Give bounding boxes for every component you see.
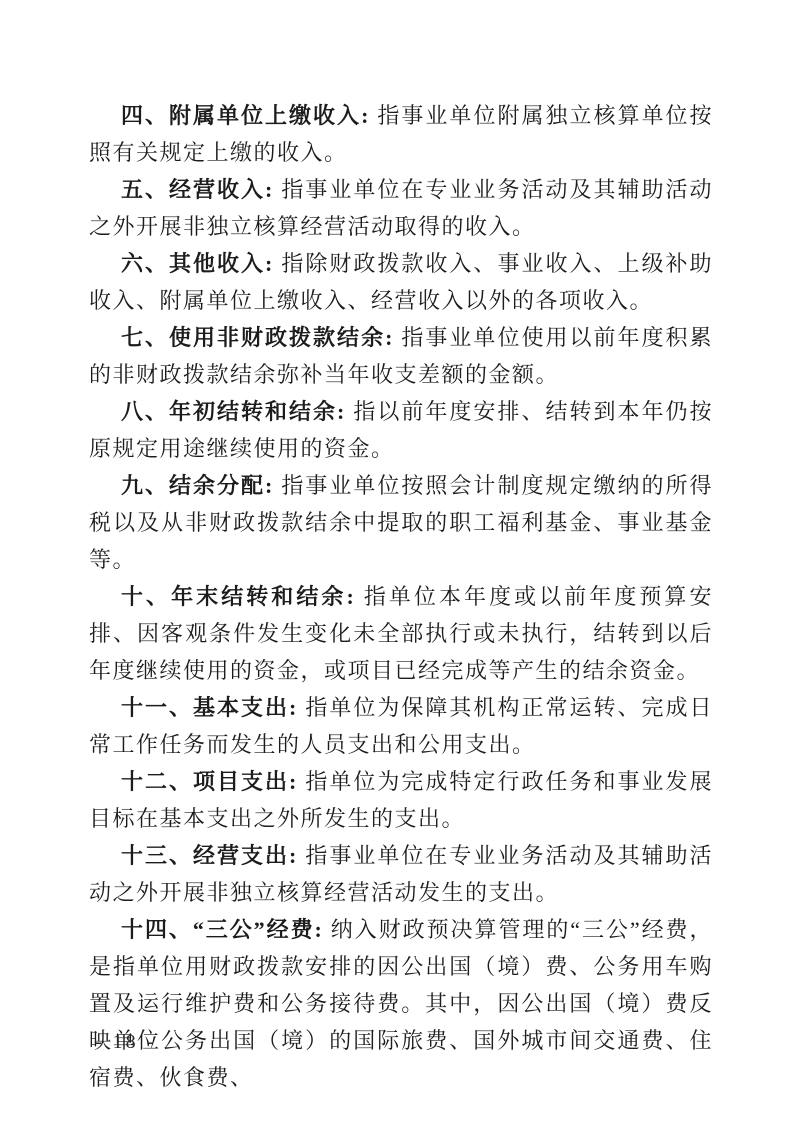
document-page: 四、附属单位上缴收入: 指事业单位附属独立核算单位按照有关规定上缴的收入。 五、… (89, 97, 713, 1096)
term-label: 六、其他收入: (121, 251, 274, 276)
definition-paragraph-surplus-distribution: 九、结余分配: 指事业单位按照会计制度规定缴纳的所得税以及从非财政拨款结余中提取… (89, 467, 713, 578)
definition-paragraph-project-expenditure: 十二、项目支出: 指单位为完成特定行政任务和事业发展目标在基本支出之外所发生的支… (89, 763, 713, 837)
term-label: 八、年初结转和结余: (121, 399, 346, 424)
definition-paragraph-operating-income: 五、经营收入: 指事业单位在专业业务活动及其辅助活动之外开展非独立核算经营活动取… (89, 171, 713, 245)
term-label: 十二、项目支出: (121, 769, 298, 794)
definition-paragraph-other-income: 六、其他收入: 指除财政拨款收入、事业收入、上级补助收入、附属单位上缴收入、经营… (89, 245, 713, 319)
definition-paragraph-non-fiscal-surplus: 七、使用非财政拨款结余: 指事业单位使用以前年度积累的非财政拨款结余弥补当年收支… (89, 319, 713, 393)
term-label: 四、附属单位上缴收入: (121, 103, 370, 128)
term-definition: 纳入财政预决算管理的“三公”经费，是指单位用财政拨款安排的因公出国（境）费、公务… (89, 917, 713, 1090)
definition-paragraph-basic-expenditure: 十一、基本支出: 指单位为保障其机构正常运转、完成日常工作任务而发生的人员支出和… (89, 689, 713, 763)
definition-paragraph-three-public-funds: 十四、“三公”经费: 纳入财政预决算管理的“三公”经费，是指单位用财政拨款安排的… (89, 911, 713, 1096)
definition-paragraph-beginning-carryover: 八、年初结转和结余: 指以前年度安排、结转到本年仍按原规定用途继续使用的资金。 (89, 393, 713, 467)
term-label: 七、使用非财政拨款结余: (121, 325, 394, 350)
term-label: 十一、基本支出: (121, 695, 298, 720)
definition-paragraph-yearend-carryover: 十、年末结转和结余: 指单位本年度或以前年度预算安排、因客观条件发生变化未全部执… (89, 578, 713, 689)
term-label: 五、经营收入: (121, 177, 274, 202)
term-label: 十、年末结转和结余: (121, 584, 355, 609)
definition-paragraph-affiliated-income: 四、附属单位上缴收入: 指事业单位附属独立核算单位按照有关规定上缴的收入。 (89, 97, 713, 171)
term-label: 十三、经营支出: (121, 843, 298, 868)
page-number: - 18 - (95, 1031, 156, 1054)
term-label: 九、结余分配: (121, 473, 274, 498)
term-label: 十四、“三公”经费: (121, 917, 323, 942)
definition-paragraph-operating-expenditure: 十三、经营支出: 指事业单位在专业业务活动及其辅助活动之外开展非独立核算经营活动… (89, 837, 713, 911)
